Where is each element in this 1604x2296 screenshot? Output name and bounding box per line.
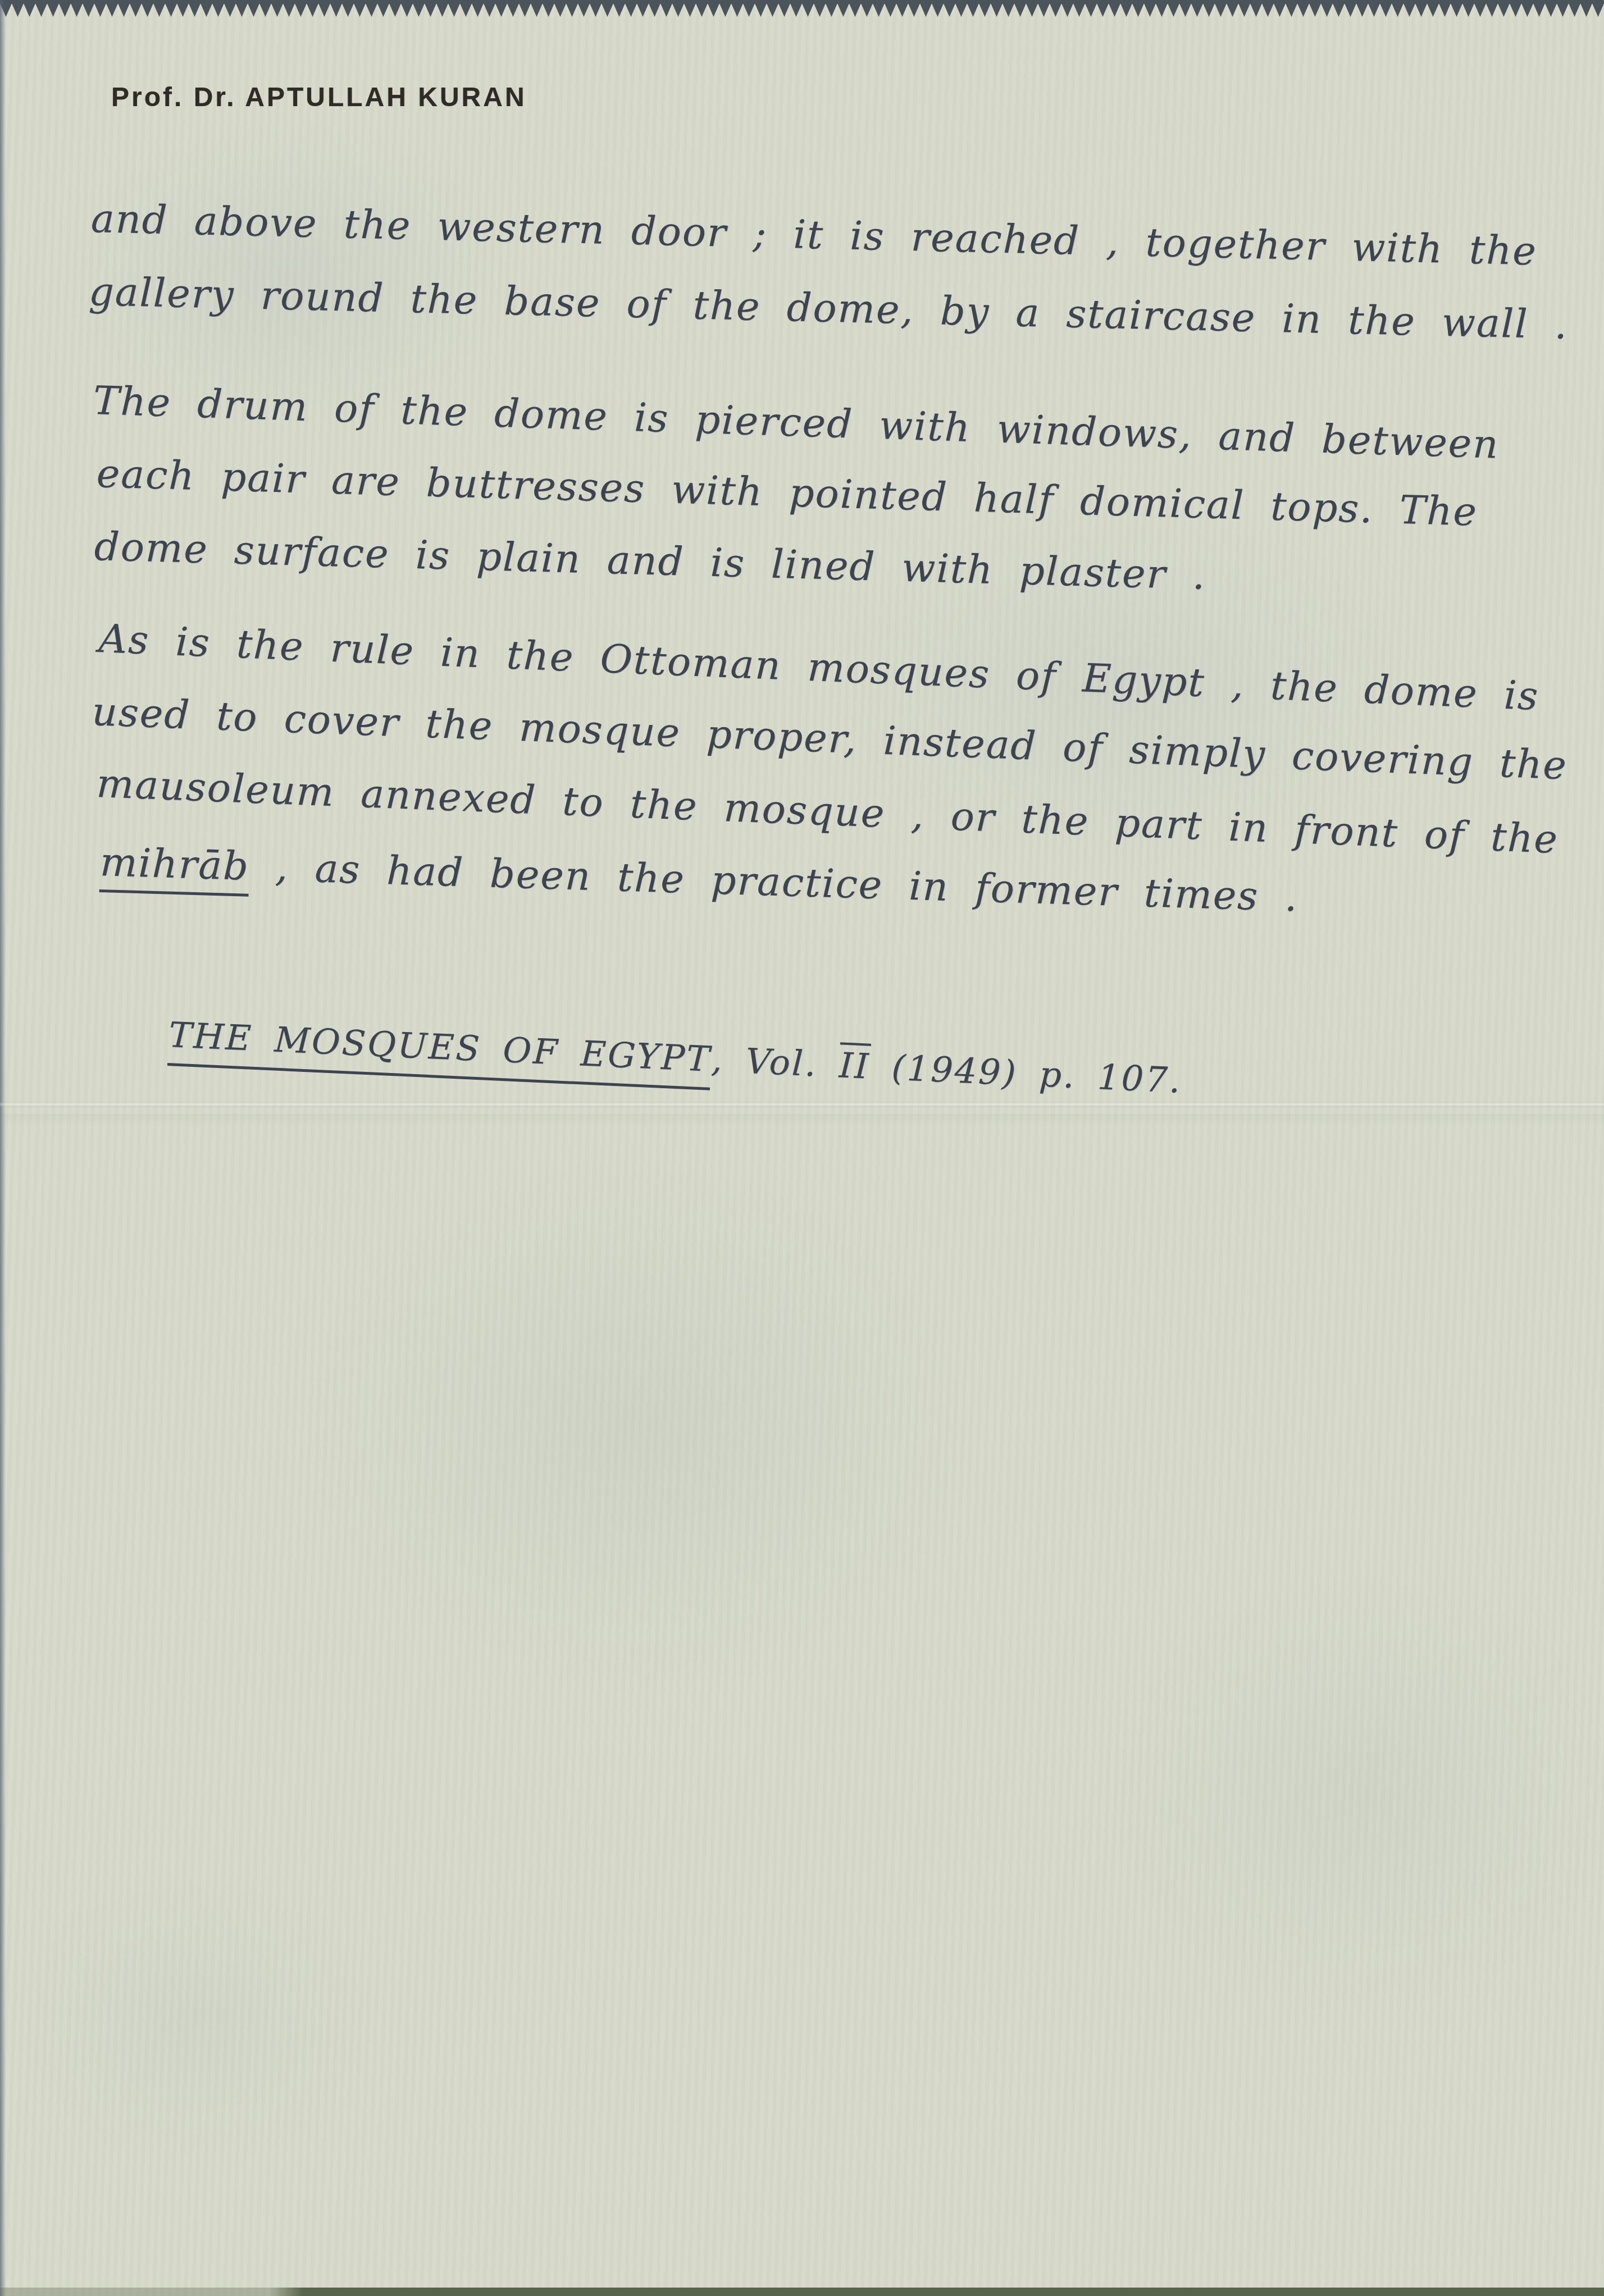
scan-left-edge-shadow — [0, 0, 6, 2296]
citation-post-volume: (1949) p. 107. — [869, 1046, 1183, 1101]
perforated-top-edge — [0, 0, 1604, 20]
fold-crease — [0, 1102, 1604, 1107]
scanned-letter-page: Prof. Dr. APTULLAH KURAN and above the w… — [0, 0, 1604, 2296]
handwriting-line: mihrāb , as had been the practice in for… — [99, 839, 1299, 928]
handwriting-line: gallery round the base of the dome, by a… — [88, 268, 1569, 348]
citation-pre-volume: , Vol. — [710, 1039, 840, 1085]
handwriting-line-rest: , as had been the practice in former tim… — [249, 843, 1299, 920]
handwriting-line: dome surface is plain and is lined with … — [94, 523, 1207, 599]
fold-crease-shadow — [0, 1114, 1604, 1126]
citation-line: THE MOSQUES OF EGYPT, Vol. II (1949) p. … — [167, 1014, 1183, 1112]
citation-volume-numeral: II — [839, 1044, 871, 1087]
handwriting-line: The drum of the dome is pierced with win… — [93, 377, 1500, 468]
underlined-word-mihrab: mihrāb — [99, 839, 250, 897]
letterhead-name: Prof. Dr. APTULLAH KURAN — [111, 82, 527, 113]
handwriting-line: each pair are buttresses with pointed ha… — [96, 450, 1478, 535]
scan-bottom-edge — [0, 2288, 1604, 2296]
citation-title: THE MOSQUES OF EGYPT — [167, 1014, 712, 1090]
handwriting-line: and above the western door ; it is reach… — [90, 195, 1538, 274]
